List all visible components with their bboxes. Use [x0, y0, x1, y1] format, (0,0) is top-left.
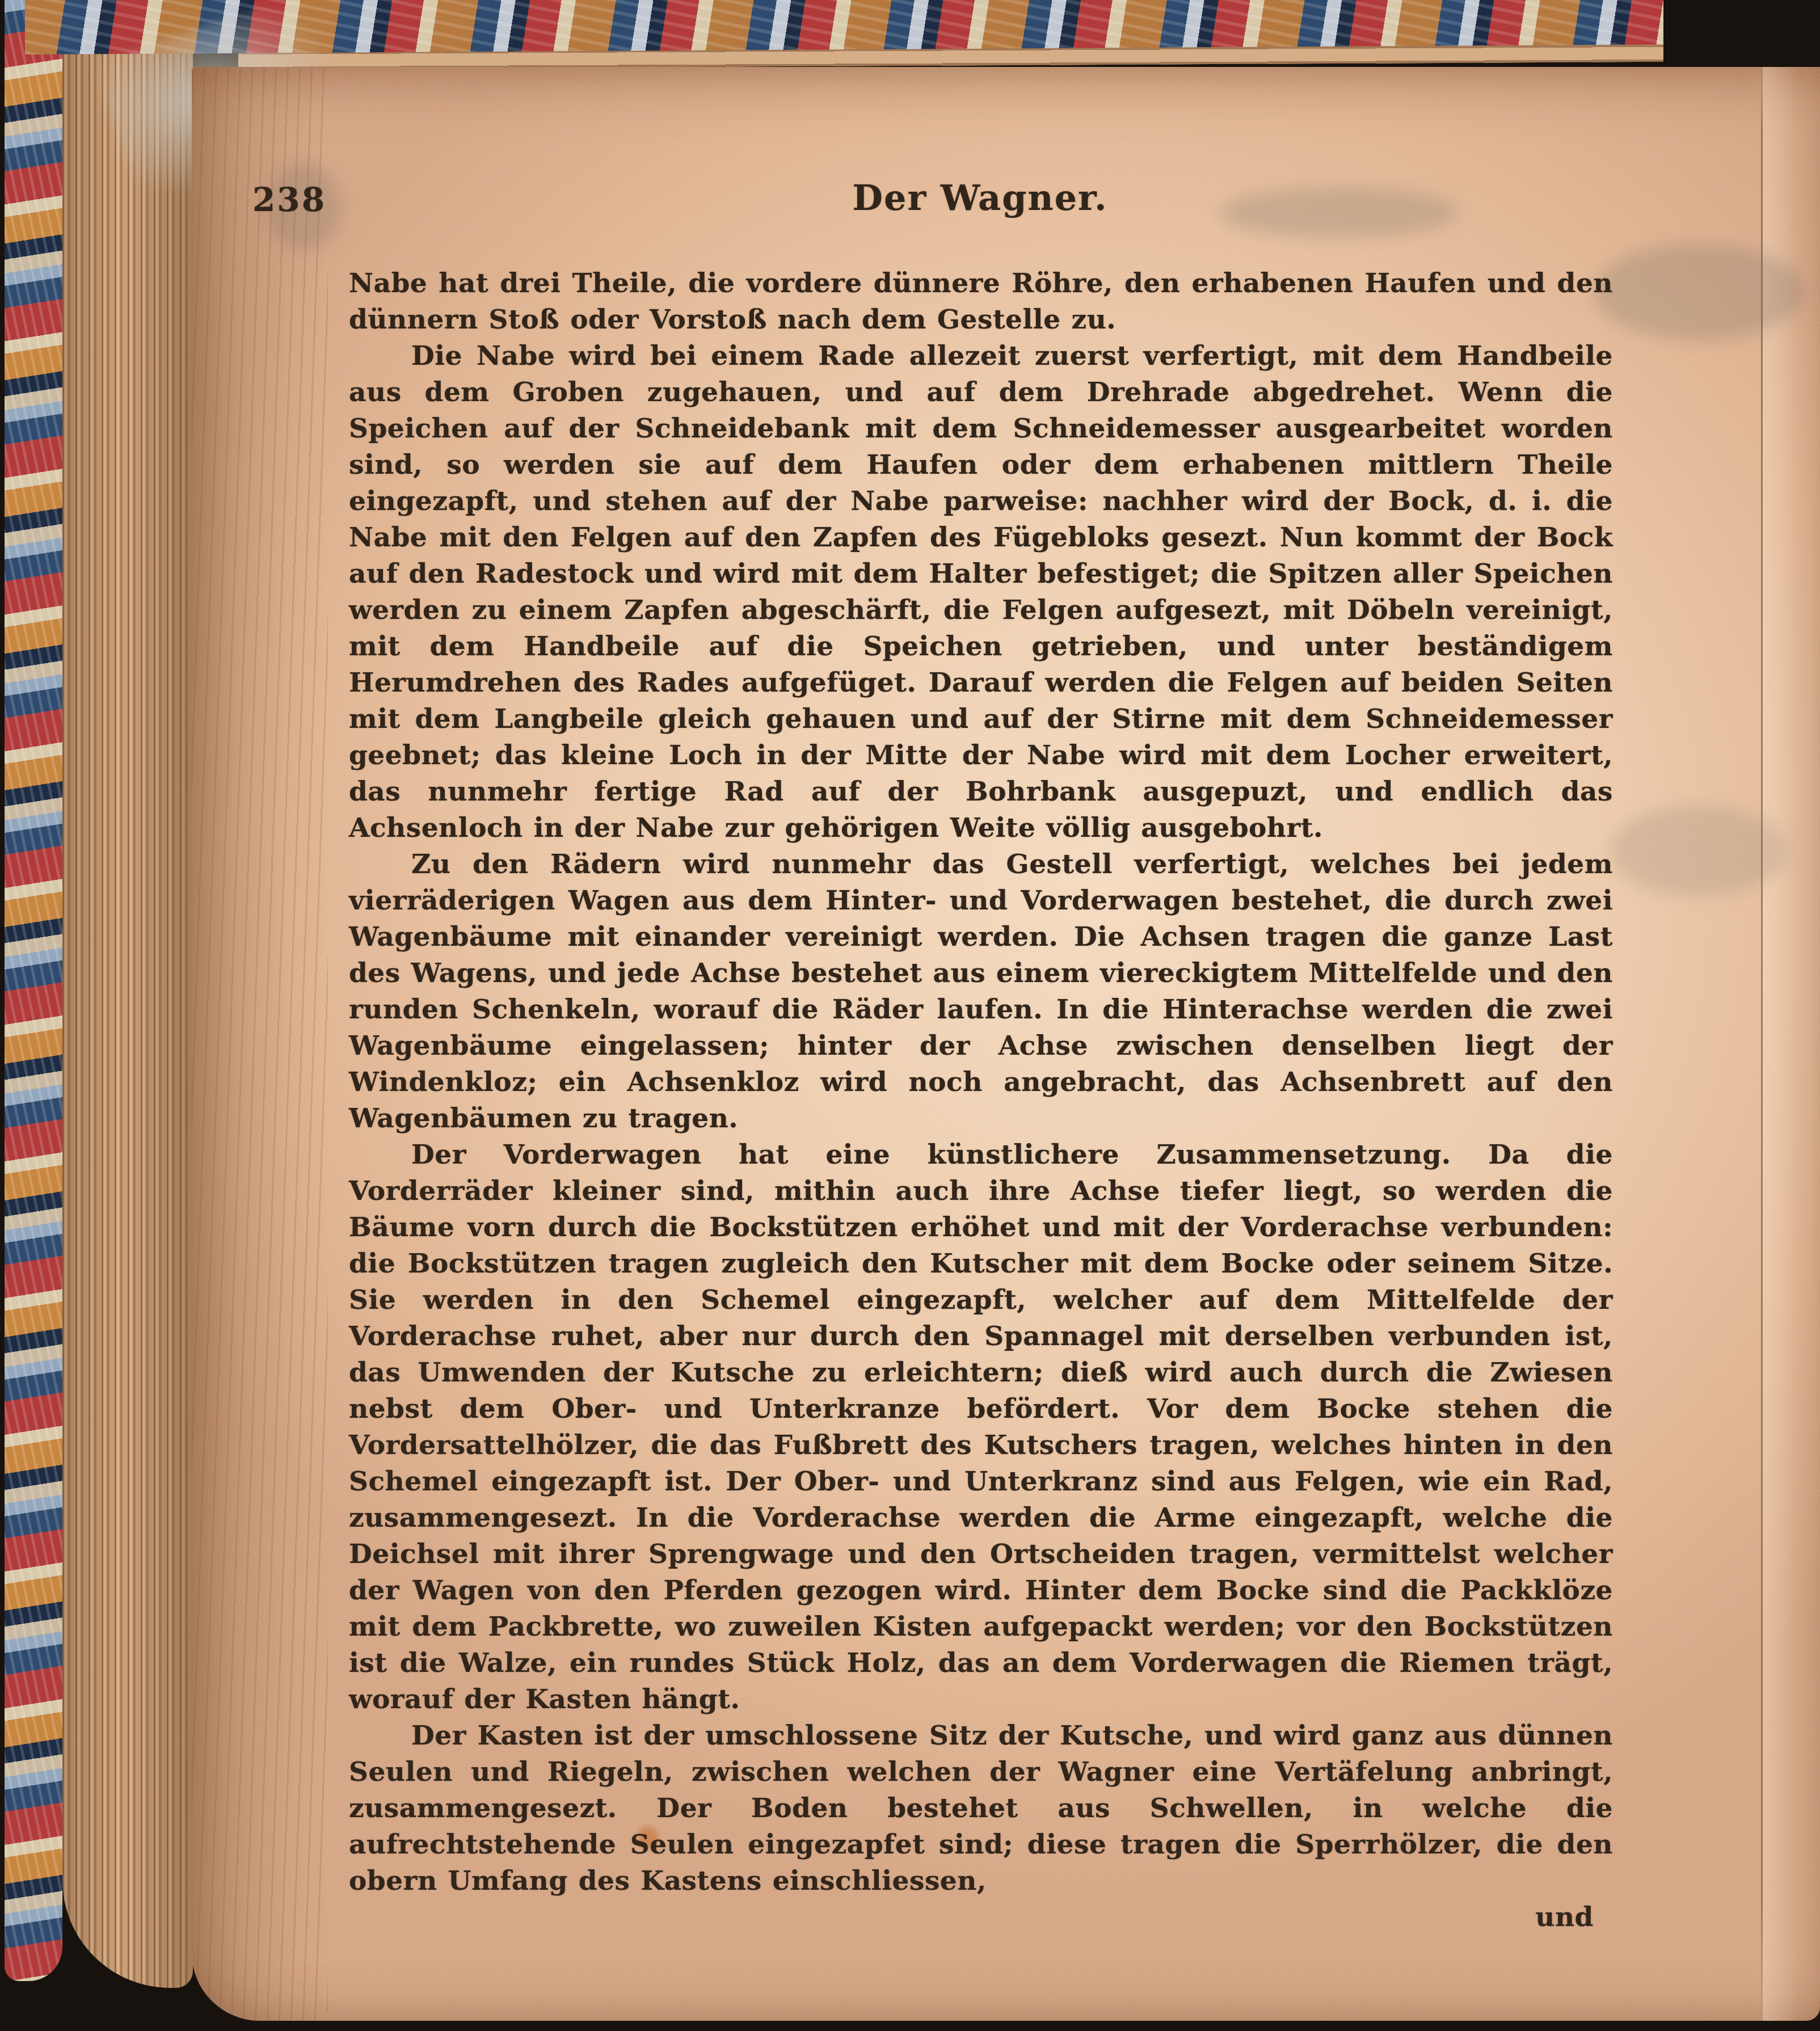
scanned-book-page: 238 Der Wagner. Nabe hat drei Theile, di…	[0, 0, 1820, 2031]
catchword: und	[349, 1899, 1613, 1936]
show-through-smudge	[1594, 244, 1804, 340]
paragraph: Nabe hat drei Theile, die vordere dünner…	[349, 266, 1613, 338]
marbled-cover-edge-left	[5, 0, 62, 1981]
paragraph: Der Vorderwagen hat eine künstlichere Zu…	[349, 1137, 1613, 1718]
show-through-smudge	[1611, 806, 1787, 896]
page-edges-left	[62, 30, 193, 1988]
paragraph: Zu den Rädern wird nunmehr das Gestell v…	[349, 846, 1613, 1137]
right-crease-highlight	[1763, 67, 1814, 2021]
body-text: Nabe hat drei Theile, die vordere dünner…	[349, 266, 1613, 1936]
paragraph: Die Nabe wird bei einem Rade allezeit zu…	[349, 338, 1613, 846]
paragraph: Der Kasten ist der umschlossene Sitz der…	[349, 1718, 1613, 1899]
page-number: 238	[252, 180, 326, 219]
binding-wrinkles	[192, 67, 328, 2021]
running-title: Der Wagner.	[349, 177, 1611, 218]
